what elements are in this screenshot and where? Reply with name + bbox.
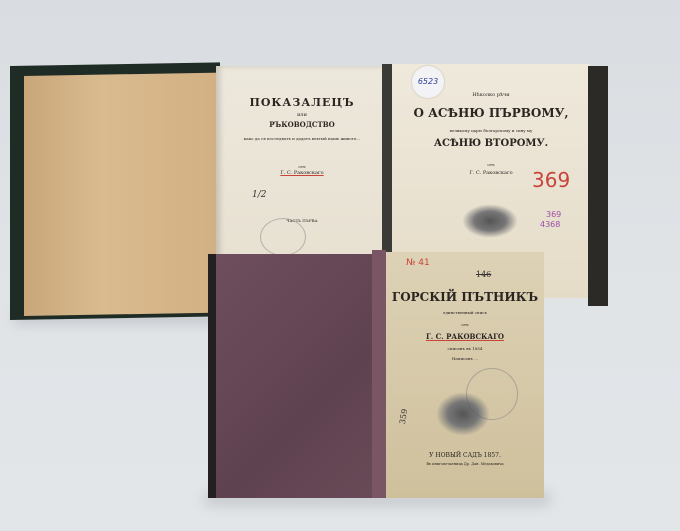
endpaper — [24, 73, 220, 316]
book-line: Написанъ ... — [386, 356, 544, 361]
book-subtitle: великому царю българскому и сину му — [392, 128, 590, 133]
book-title: ПОКАЗАЛЕЦЪ — [216, 96, 388, 109]
pre-title: Нѣколко рѣчи — [392, 92, 590, 98]
part-label: ЧАСТЬ ПЪРВА — [216, 218, 388, 223]
handwritten-number: 146 — [476, 270, 491, 279]
book-note: списанъ въ 1854 — [386, 346, 544, 351]
book-subtitle: РЪКОВОДСТВО — [216, 120, 388, 129]
printer: Въ книгопечатница Др. Дан. Медаковича — [386, 462, 544, 466]
book-spine — [372, 250, 386, 498]
author-prefix: отъ — [386, 322, 544, 327]
book-title: О АСѢНЮ ПЪРВОМУ, — [392, 106, 590, 120]
photo-scene: ПОКАЗАЛЕЦЪ или РЪКОВОДСТВО како да ся из… — [0, 0, 680, 531]
library-stamp — [466, 368, 518, 420]
book-cover — [208, 254, 388, 498]
handwritten-note: 1/2 — [252, 190, 266, 200]
subtitle-connector: или — [216, 112, 388, 118]
handwritten-number: 369 — [546, 210, 561, 219]
book-title: ГОРСКІЙ ПЪТНИКЪ — [386, 290, 544, 304]
book-cover — [588, 66, 608, 306]
engraving — [462, 204, 518, 238]
book-author: Г. С. РАКОВСКАГО — [386, 332, 544, 341]
handwritten-number: 4368 — [540, 220, 560, 229]
handwritten-number: 359 — [398, 408, 410, 425]
book-author: Г. С. Раковскаго — [216, 170, 388, 176]
author-prefix: отъ — [216, 164, 388, 169]
book-title-2: АСѢНЮ ВТОРОМУ. — [392, 138, 590, 149]
place-year: У НОВЫЙ САДЪ 1857. — [386, 452, 544, 459]
title-page: № 41 146 ГОРСКІЙ ПЪТНИКЪ единственный сп… — [386, 252, 544, 498]
book-description: како да ся изследватъ и дадатъ вехтый на… — [216, 136, 388, 142]
handwritten-number: № 41 — [406, 258, 430, 268]
book-gorskiy-patnik: № 41 146 ГОРСКІЙ ПЪТНИКЪ единственный сп… — [200, 250, 546, 500]
handwritten-number: 369 — [532, 168, 570, 192]
book-subtitle: единственный списъ — [386, 310, 544, 315]
author-prefix: отъ — [392, 162, 590, 167]
